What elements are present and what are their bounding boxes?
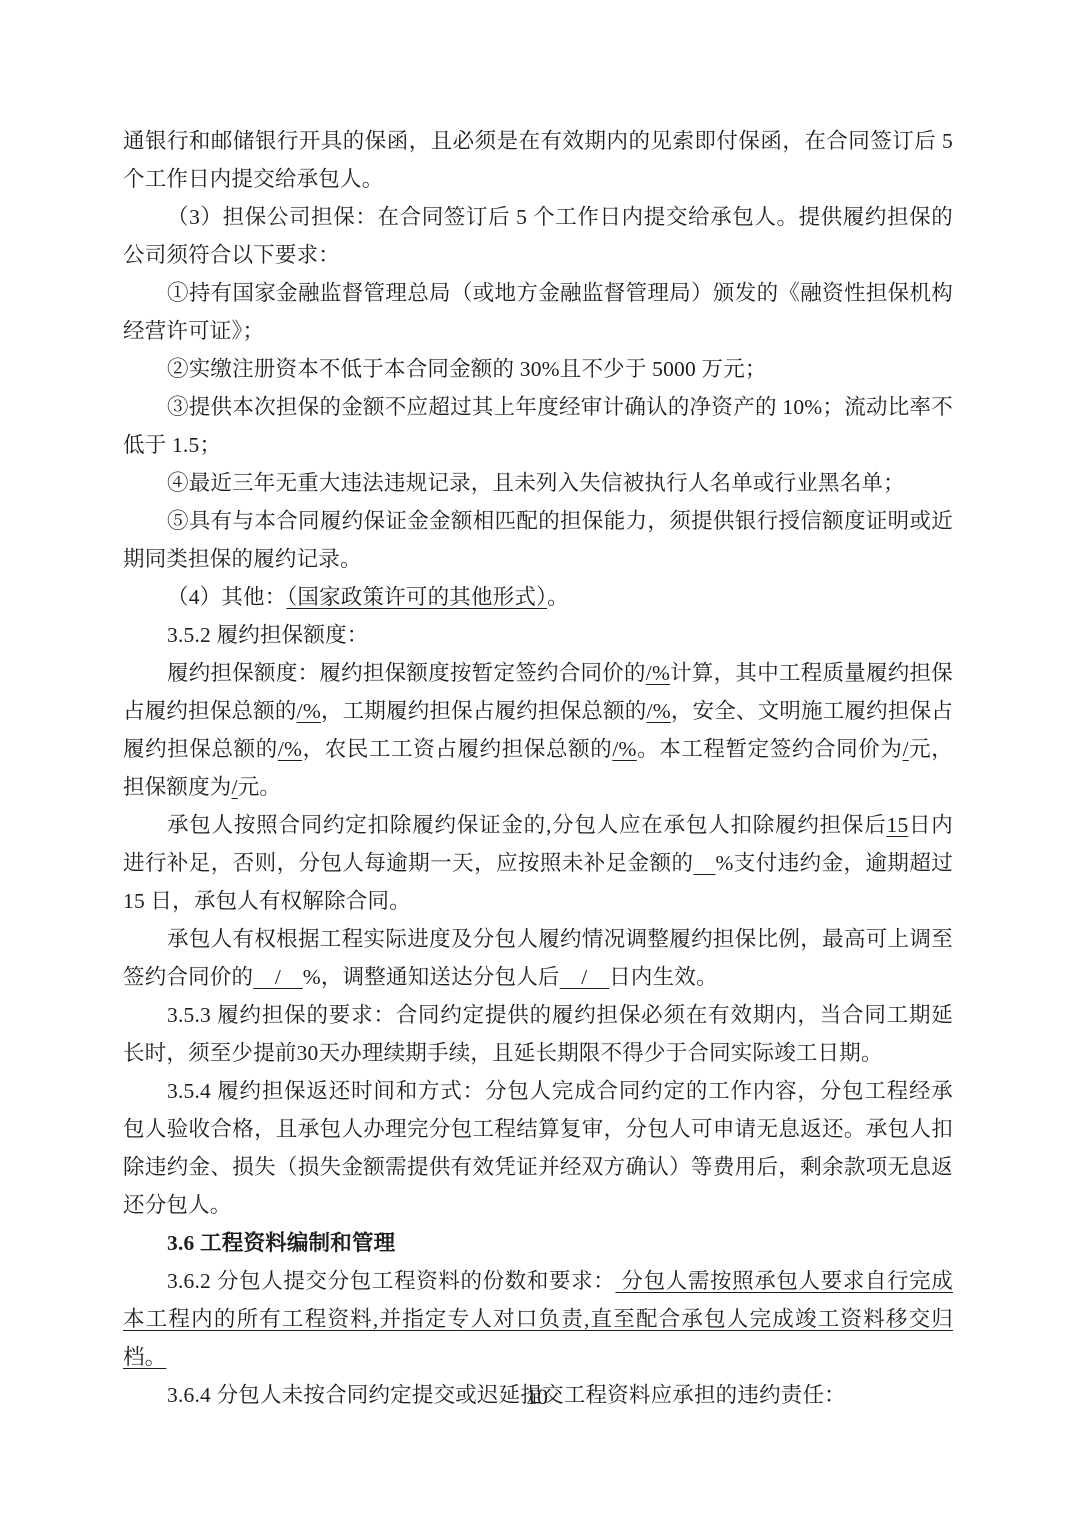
document-page: 通银行和邮储银行开具的保函，且必须是在有效期内的见索即付保函，在合同签订后 5 … bbox=[0, 0, 1074, 1520]
underlined-text: /% bbox=[646, 661, 670, 685]
paragraph: ③提供本次担保的金额不应超过其上年度经审计确认的净资产的 10%；流动比率不低于… bbox=[123, 388, 953, 464]
text-run: 通银行和邮储银行开具的保函，且必须是在有效期内的见索即付保函，在合同签订后 5 … bbox=[123, 129, 953, 191]
text-run: 3.5.2 履约担保额度： bbox=[167, 623, 368, 647]
text-run: 3.5.4 履约担保返还时间和方式：分包人完成合同约定的工作内容，分包工程经承包… bbox=[123, 1079, 953, 1217]
text-run: ①持有国家金融监督管理总局（或地方金融监督管理局）颁发的《融资性担保机构经营许可… bbox=[123, 281, 953, 343]
paragraph: ②实缴注册资本不低于本合同金额的 30%且不少于 5000 万元； bbox=[123, 350, 953, 388]
paragraph: ④最近三年无重大违法违规记录，且未列入失信被执行人名单或行业黑名单； bbox=[123, 464, 953, 502]
paragraph: 承包人有权根据工程实际进度及分包人履约情况调整履约担保比例，最高可上调至签约合同… bbox=[123, 920, 953, 996]
paragraph: 3.5.2 履约担保额度： bbox=[123, 616, 953, 654]
underlined-text bbox=[694, 851, 716, 875]
text-run: ，农民工工资占履约担保总额的 bbox=[302, 737, 612, 761]
underlined-text: （国家政策许可的其他形式） bbox=[286, 585, 547, 609]
text-run: ④最近三年无重大违法违规记录，且未列入失信被执行人名单或行业黑名单； bbox=[167, 471, 905, 495]
underlined-text: 15 bbox=[887, 813, 909, 837]
paragraph: 3.5.4 履约担保返还时间和方式：分包人完成合同约定的工作内容，分包工程经承包… bbox=[123, 1072, 953, 1224]
underlined-text: / bbox=[560, 965, 610, 989]
underlined-text: / bbox=[253, 965, 303, 989]
text-run: 承包人按照合同约定扣除履约保证金的,分包人应在承包人扣除履约担保后 bbox=[167, 813, 887, 837]
paragraph: （4）其他：（国家政策许可的其他形式）。 bbox=[123, 578, 953, 616]
text-run: 。本工程暂定签约合同价为 bbox=[637, 737, 903, 761]
paragraph: 承包人按照合同约定扣除履约保证金的,分包人应在承包人扣除履约担保后15日内进行补… bbox=[123, 806, 953, 920]
text-run: %，调整通知送达分包人后 bbox=[303, 965, 560, 989]
text-run: ②实缴注册资本不低于本合同金额的 30%且不少于 5000 万元； bbox=[167, 357, 767, 381]
underlined-text: /% bbox=[297, 699, 321, 723]
underlined-text: /% bbox=[612, 737, 636, 761]
paragraph: 3.6.2 分包人提交分包工程资料的份数和要求： 分包人需按照承包人要求自行完成… bbox=[123, 1262, 953, 1376]
text-run: 履约担保额度：履约担保额度按暂定签约合同价的 bbox=[167, 661, 646, 685]
text-run: 元。 bbox=[238, 775, 281, 799]
text-run: （3）担保公司担保：在合同签订后 5 个工作日内提交给承包人。提供履约担保的公司… bbox=[123, 205, 953, 267]
text-run: 3.6 工程资料编制和管理 bbox=[167, 1231, 395, 1255]
text-run: 3.6.2 分包人提交分包工程资料的份数和要求： bbox=[167, 1269, 615, 1293]
paragraph: 3.5.3 履约担保的要求：合同约定提供的履约担保必须在有效期内，当合同工期延长… bbox=[123, 996, 953, 1072]
paragraph: （3）担保公司担保：在合同签订后 5 个工作日内提交给承包人。提供履约担保的公司… bbox=[123, 198, 953, 274]
text-run: ③提供本次担保的金额不应超过其上年度经审计确认的净资产的 10%；流动比率不低于… bbox=[123, 395, 953, 457]
paragraph: 通银行和邮储银行开具的保函，且必须是在有效期内的见索即付保函，在合同签订后 5 … bbox=[123, 122, 953, 198]
underlined-text: /% bbox=[647, 699, 671, 723]
document-body: 通银行和邮储银行开具的保函，且必须是在有效期内的见索即付保函，在合同签订后 5 … bbox=[123, 122, 953, 1414]
text-run: 3.5.3 履约担保的要求：合同约定提供的履约担保必须在有效期内，当合同工期延长… bbox=[123, 1003, 953, 1065]
paragraph: ⑤具有与本合同履约保证金金额相匹配的担保能力，须提供银行授信额度证明或近期同类担… bbox=[123, 502, 953, 578]
text-run: ，工期履约担保占履约担保总额的 bbox=[321, 699, 647, 723]
paragraph: ①持有国家金融监督管理总局（或地方金融监督管理局）颁发的《融资性担保机构经营许可… bbox=[123, 274, 953, 350]
underlined-text: /% bbox=[278, 737, 302, 761]
text-run: 。 bbox=[547, 585, 569, 609]
section-heading: 3.6 工程资料编制和管理 bbox=[123, 1224, 953, 1262]
text-run: （4）其他： bbox=[167, 585, 286, 609]
paragraph: 履约担保额度：履约担保额度按暂定签约合同价的/%计算，其中工程质量履约担保占履约… bbox=[123, 654, 953, 806]
text-run: ⑤具有与本合同履约保证金金额相匹配的担保能力，须提供银行授信额度证明或近期同类担… bbox=[123, 509, 953, 571]
text-run: 日内生效。 bbox=[609, 965, 718, 989]
page-number: 10 bbox=[0, 1382, 1074, 1412]
